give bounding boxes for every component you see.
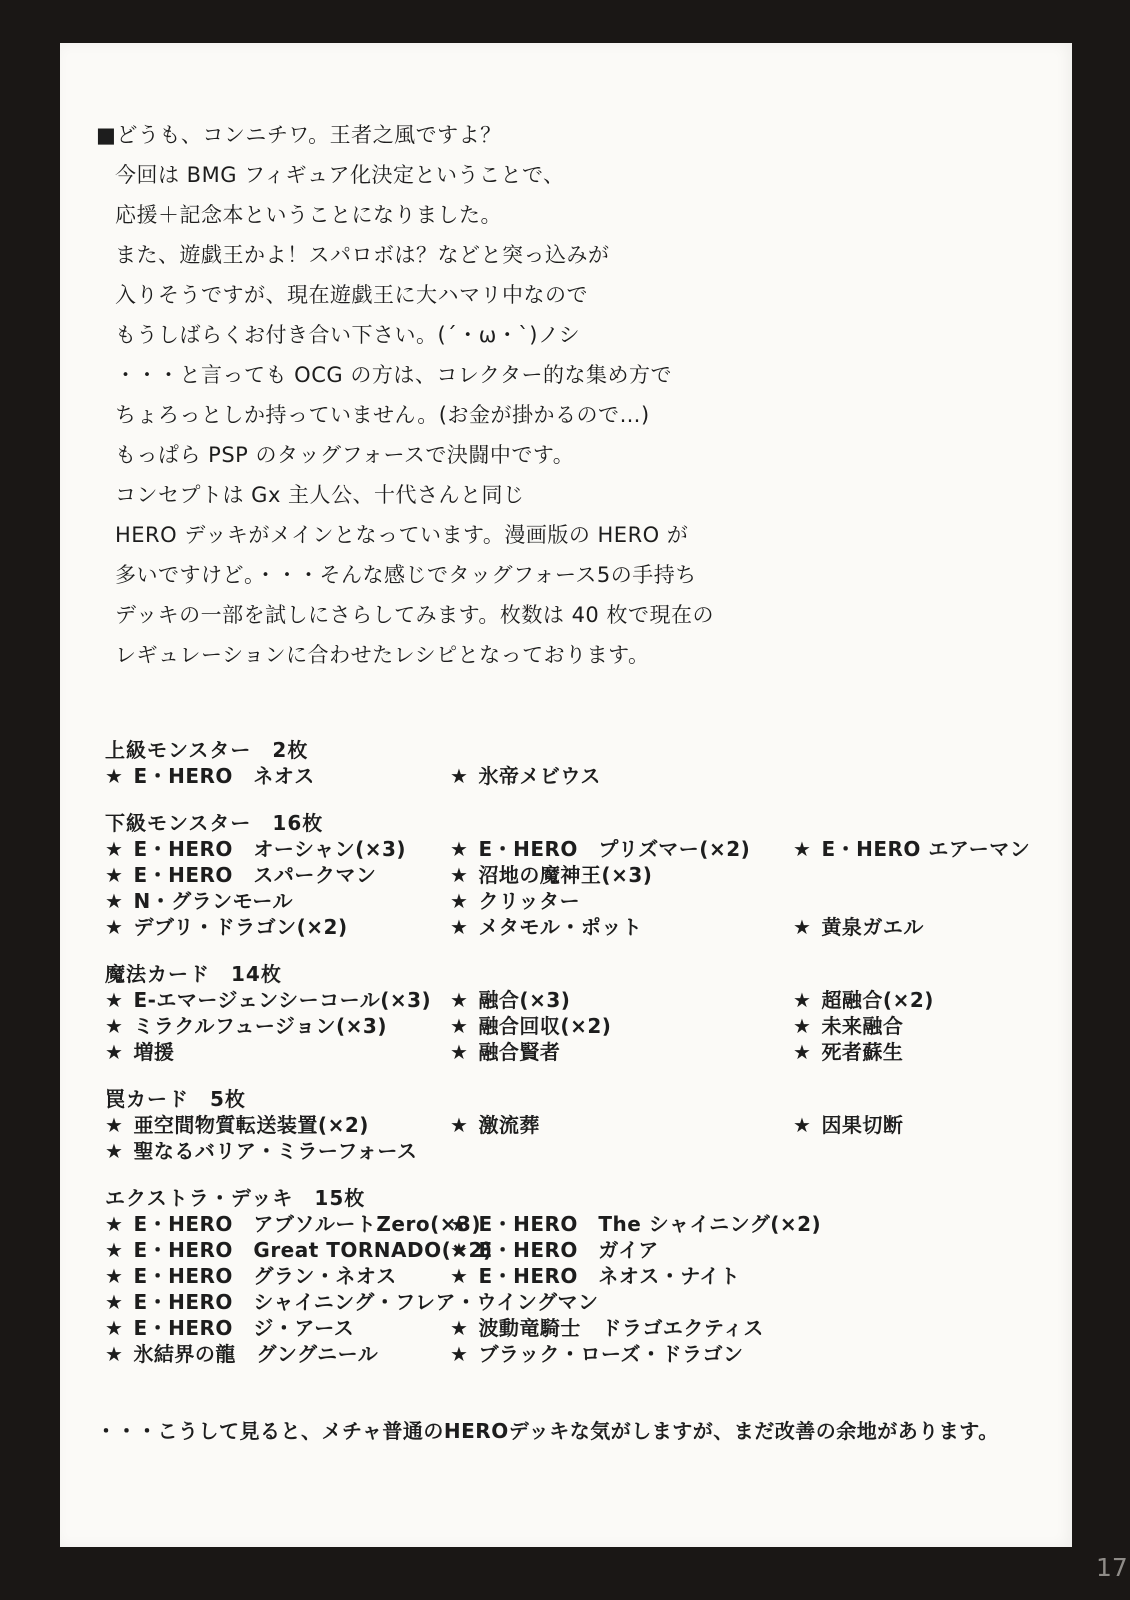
deck-section: 罠カード 5枚★亜空間物質転送装置(×2)★激流葬★因果切断★聖なるバリア・ミラ… [105, 1086, 1062, 1164]
deck-section: エクストラ・デッキ 15枚★E・HERO アブソルートZero(×3)★E・HE… [105, 1185, 1062, 1367]
deck-section: 魔法カード 14枚★E-エマージェンシーコール(×3)★融合(×3)★超融合(×… [105, 961, 1062, 1065]
card-name: E・HERO The シャイニング(×2) [478, 1212, 821, 1236]
star-icon: ★ [105, 1013, 123, 1039]
deck-card [793, 1138, 1062, 1164]
star-icon: ★ [105, 987, 123, 1013]
card-name: E・HERO ガイア [478, 1238, 658, 1262]
deck-card [450, 1138, 793, 1164]
star-icon: ★ [450, 1013, 468, 1039]
card-name: E・HERO ネオス・ナイト [478, 1264, 740, 1288]
deck-card: ★激流葬 [450, 1112, 793, 1138]
card-name: 氷結界の龍 グングニール [133, 1342, 378, 1366]
card-name: N・グランモール [133, 889, 293, 913]
card-name: E・HERO ネオス [133, 764, 314, 788]
card-name: 融合回収(×2) [478, 1014, 611, 1038]
deck-row: ★聖なるバリア・ミラーフォース [105, 1138, 1062, 1164]
deck-section-title: 下級モンスター 16枚 [105, 810, 1062, 836]
deck-section-title: 上級モンスター 2枚 [105, 737, 1062, 763]
card-name: 聖なるバリア・ミラーフォース [133, 1139, 417, 1163]
deck-card: ★E・HERO グラン・ネオス [105, 1263, 450, 1289]
star-icon: ★ [793, 836, 811, 862]
deck-card [793, 862, 1062, 888]
card-name: E・HERO オーシャン(×3) [133, 837, 406, 861]
star-icon: ★ [105, 1138, 123, 1164]
star-icon: ★ [105, 1263, 123, 1289]
intro-line: 応援＋記念本ということになりました。 [115, 195, 1072, 235]
card-name: デブリ・ドラゴン(×2) [133, 915, 347, 939]
deck-card: ★E・HERO プリズマー(×2) [450, 836, 793, 862]
card-name: メタモル・ポット [478, 915, 642, 939]
deck-card: ★融合回収(×2) [450, 1013, 793, 1039]
star-icon: ★ [450, 1211, 468, 1237]
star-icon: ★ [105, 1315, 123, 1341]
star-icon: ★ [793, 914, 811, 940]
intro-line: 入りそうですが、現在遊戯王に大ハマリ中なので [115, 275, 1072, 315]
deck-section-title: 罠カード 5枚 [105, 1086, 1062, 1112]
star-icon: ★ [105, 836, 123, 862]
deck-row: ★E・HERO グラン・ネオス★E・HERO ネオス・ナイト [105, 1263, 1062, 1289]
star-icon: ★ [450, 888, 468, 914]
deck-card [450, 1289, 793, 1315]
deck-list: 上級モンスター 2枚★E・HERO ネオス★氷帝メビウス下級モンスター 16枚★… [105, 737, 1062, 1388]
deck-card: ★氷結界の龍 グングニール [105, 1341, 450, 1367]
deck-card: ★クリッター [450, 888, 793, 914]
deck-card: ★E・HERO エアーマン [793, 836, 1062, 862]
card-name: E・HERO スパークマン [133, 863, 376, 887]
deck-card: ★氷帝メビウス [450, 763, 793, 789]
deck-row: ★氷結界の龍 グングニール★ブラック・ローズ・ドラゴン [105, 1341, 1062, 1367]
deck-card: ★沼地の魔神王(×3) [450, 862, 793, 888]
star-icon: ★ [105, 1211, 123, 1237]
deck-card: ★聖なるバリア・ミラーフォース [105, 1138, 450, 1164]
deck-row: ★E・HERO Great TORNADO(×2)★E・HERO ガイア [105, 1237, 1062, 1263]
card-name: クリッター [478, 889, 580, 913]
card-name: 増援 [133, 1040, 174, 1064]
deck-row: ★E・HERO シャイニング・フレア・ウイングマン [105, 1289, 1062, 1315]
deck-section: 下級モンスター 16枚★E・HERO オーシャン(×3)★E・HERO プリズマ… [105, 810, 1062, 940]
deck-card: ★E・HERO ガイア [450, 1237, 793, 1263]
star-icon: ★ [105, 1237, 123, 1263]
card-name: 超融合(×2) [821, 988, 933, 1012]
page-number: 17 [1096, 1553, 1128, 1582]
deck-card: ★E・HERO Great TORNADO(×2) [105, 1237, 450, 1263]
deck-card: ★E・HERO ネオス [105, 763, 450, 789]
deck-card: ★融合賢者 [450, 1039, 793, 1065]
star-icon: ★ [450, 836, 468, 862]
star-icon: ★ [105, 888, 123, 914]
star-icon: ★ [450, 1341, 468, 1367]
star-icon: ★ [450, 862, 468, 888]
intro-line: ちょろっとしか持っていません。(お金が掛かるので…) [115, 395, 1072, 435]
deck-row: ★増援★融合賢者★死者蘇生 [105, 1039, 1062, 1065]
deck-card: ★波動竜騎士 ドラゴエクティス [450, 1315, 793, 1341]
star-icon: ★ [793, 1112, 811, 1138]
intro-line: もっぱら PSP のタッグフォースで決闘中です。 [115, 435, 1072, 475]
star-icon: ★ [450, 1039, 468, 1065]
deck-card: ★増援 [105, 1039, 450, 1065]
deck-card: ★E・HERO オーシャン(×3) [105, 836, 450, 862]
intro-line: コンセプトは Gx 主人公、十代さんと同じ [115, 475, 1072, 515]
card-name: 因果切断 [821, 1113, 903, 1137]
card-name: E・HERO アブソルートZero(×3) [133, 1212, 481, 1236]
deck-row: ★ミラクルフュージョン(×3)★融合回収(×2)★未来融合 [105, 1013, 1062, 1039]
deck-card: ★亜空間物質転送装置(×2) [105, 1112, 450, 1138]
deck-row: ★亜空間物質転送装置(×2)★激流葬★因果切断 [105, 1112, 1062, 1138]
deck-card: ★E・HERO The シャイニング(×2) [450, 1211, 793, 1237]
deck-row: ★E-エマージェンシーコール(×3)★融合(×3)★超融合(×2) [105, 987, 1062, 1013]
card-name: 未来融合 [821, 1014, 903, 1038]
deck-section-title: 魔法カード 14枚 [105, 961, 1062, 987]
star-icon: ★ [793, 987, 811, 1013]
deck-card [793, 1263, 1062, 1289]
star-icon: ★ [105, 1289, 123, 1315]
star-icon: ★ [105, 914, 123, 940]
deck-section: 上級モンスター 2枚★E・HERO ネオス★氷帝メビウス [105, 737, 1062, 789]
deck-card: ★未来融合 [793, 1013, 1062, 1039]
card-name: 黄泉ガエル [821, 915, 924, 939]
deck-card: ★デブリ・ドラゴン(×2) [105, 914, 450, 940]
intro-line: HERO デッキがメインとなっています。漫画版の HERO が [115, 515, 1072, 555]
star-icon: ★ [450, 914, 468, 940]
deck-card: ★E・HERO ジ・アース [105, 1315, 450, 1341]
intro-line: ■どうも、コンニチワ。王者之風ですよ？ [96, 115, 1072, 155]
deck-card [793, 888, 1062, 914]
deck-row: ★N・グランモール★クリッター [105, 888, 1062, 914]
card-name: 融合(×3) [478, 988, 570, 1012]
card-name: 激流葬 [478, 1113, 540, 1137]
card-name: E・HERO ジ・アース [133, 1316, 354, 1340]
star-icon: ★ [105, 1341, 123, 1367]
star-icon: ★ [105, 1039, 123, 1065]
star-icon: ★ [450, 1315, 468, 1341]
card-name: E-エマージェンシーコール(×3) [133, 988, 431, 1012]
scanned-page: ■どうも、コンニチワ。王者之風ですよ？今回は BMG フィギュア化決定ということ… [60, 43, 1072, 1547]
star-icon: ★ [793, 1013, 811, 1039]
star-icon: ★ [793, 1039, 811, 1065]
deck-card: ★黄泉ガエル [793, 914, 1062, 940]
card-name: E・HERO Great TORNADO(×2) [133, 1238, 492, 1262]
deck-row: ★E・HERO アブソルートZero(×3)★E・HERO The シャイニング… [105, 1211, 1062, 1237]
card-name: 亜空間物質転送装置(×2) [133, 1113, 368, 1137]
deck-card: ★E-エマージェンシーコール(×3) [105, 987, 450, 1013]
intro-line: ・・・と言っても OCG の方は、コレクター的な集め方で [115, 355, 1072, 395]
intro-line: 多いですけど。・・・そんな感じでタッグフォース5の手持ち [115, 555, 1072, 595]
deck-card: ★ミラクルフュージョン(×3) [105, 1013, 450, 1039]
card-name: E・HERO プリズマー(×2) [478, 837, 750, 861]
card-name: 波動竜騎士 ドラゴエクティス [478, 1316, 763, 1340]
deck-card: ★ブラック・ローズ・ドラゴン [450, 1341, 793, 1367]
intro-line: デッキの一部を試しにさらしてみます。枚数は 40 枚で現在の [115, 595, 1072, 635]
deck-card: ★死者蘇生 [793, 1039, 1062, 1065]
star-icon: ★ [450, 1263, 468, 1289]
deck-card: ★メタモル・ポット [450, 914, 793, 940]
deck-card: ★超融合(×2) [793, 987, 1062, 1013]
deck-card [793, 1341, 1062, 1367]
card-name: ブラック・ローズ・ドラゴン [478, 1342, 743, 1366]
star-icon: ★ [450, 987, 468, 1013]
intro-line: もうしばらくお付き合い下さい。(´・ω・`)ノシ [115, 315, 1072, 355]
star-icon: ★ [105, 1112, 123, 1138]
intro-paragraph: ■どうも、コンニチワ。王者之風ですよ？今回は BMG フィギュア化決定ということ… [60, 115, 1072, 675]
card-name: ミラクルフュージョン(×3) [133, 1014, 387, 1038]
deck-card: ★E・HERO シャイニング・フレア・ウイングマン [105, 1289, 450, 1315]
closing-note: ・・・こうして見ると、メチャ普通のHEROデッキな気がしますが、まだ改善の余地が… [96, 1415, 999, 1444]
deck-card [793, 1315, 1062, 1341]
star-icon: ★ [105, 862, 123, 888]
star-icon: ★ [450, 763, 468, 789]
card-name: E・HERO エアーマン [821, 837, 1030, 861]
card-name: 融合賢者 [478, 1040, 560, 1064]
deck-card: ★因果切断 [793, 1112, 1062, 1138]
deck-section-title: エクストラ・デッキ 15枚 [105, 1185, 1062, 1211]
deck-card: ★E・HERO スパークマン [105, 862, 450, 888]
deck-card: ★E・HERO アブソルートZero(×3) [105, 1211, 450, 1237]
card-name: 死者蘇生 [821, 1040, 903, 1064]
intro-line: 今回は BMG フィギュア化決定ということで、 [115, 155, 1072, 195]
deck-row: ★E・HERO スパークマン★沼地の魔神王(×3) [105, 862, 1062, 888]
card-name: 沼地の魔神王(×3) [478, 863, 652, 887]
deck-card [793, 1211, 1062, 1237]
deck-card: ★E・HERO ネオス・ナイト [450, 1263, 793, 1289]
intro-line: また、遊戯王かよ！スパロボは？などと突っ込みが [115, 235, 1072, 275]
deck-card [793, 763, 1062, 789]
deck-card [793, 1237, 1062, 1263]
deck-row: ★デブリ・ドラゴン(×2)★メタモル・ポット★黄泉ガエル [105, 914, 1062, 940]
deck-row: ★E・HERO ジ・アース★波動竜騎士 ドラゴエクティス [105, 1315, 1062, 1341]
star-icon: ★ [450, 1112, 468, 1138]
deck-card [793, 1289, 1062, 1315]
deck-row: ★E・HERO ネオス★氷帝メビウス [105, 763, 1062, 789]
deck-row: ★E・HERO オーシャン(×3)★E・HERO プリズマー(×2)★E・HER… [105, 836, 1062, 862]
intro-line: レギュレーションに合わせたレシピとなっております。 [115, 635, 1072, 675]
star-icon: ★ [105, 763, 123, 789]
deck-card: ★N・グランモール [105, 888, 450, 914]
card-name: 氷帝メビウス [478, 764, 600, 788]
deck-card: ★融合(×3) [450, 987, 793, 1013]
card-name: E・HERO グラン・ネオス [133, 1264, 396, 1288]
star-icon: ★ [450, 1237, 468, 1263]
